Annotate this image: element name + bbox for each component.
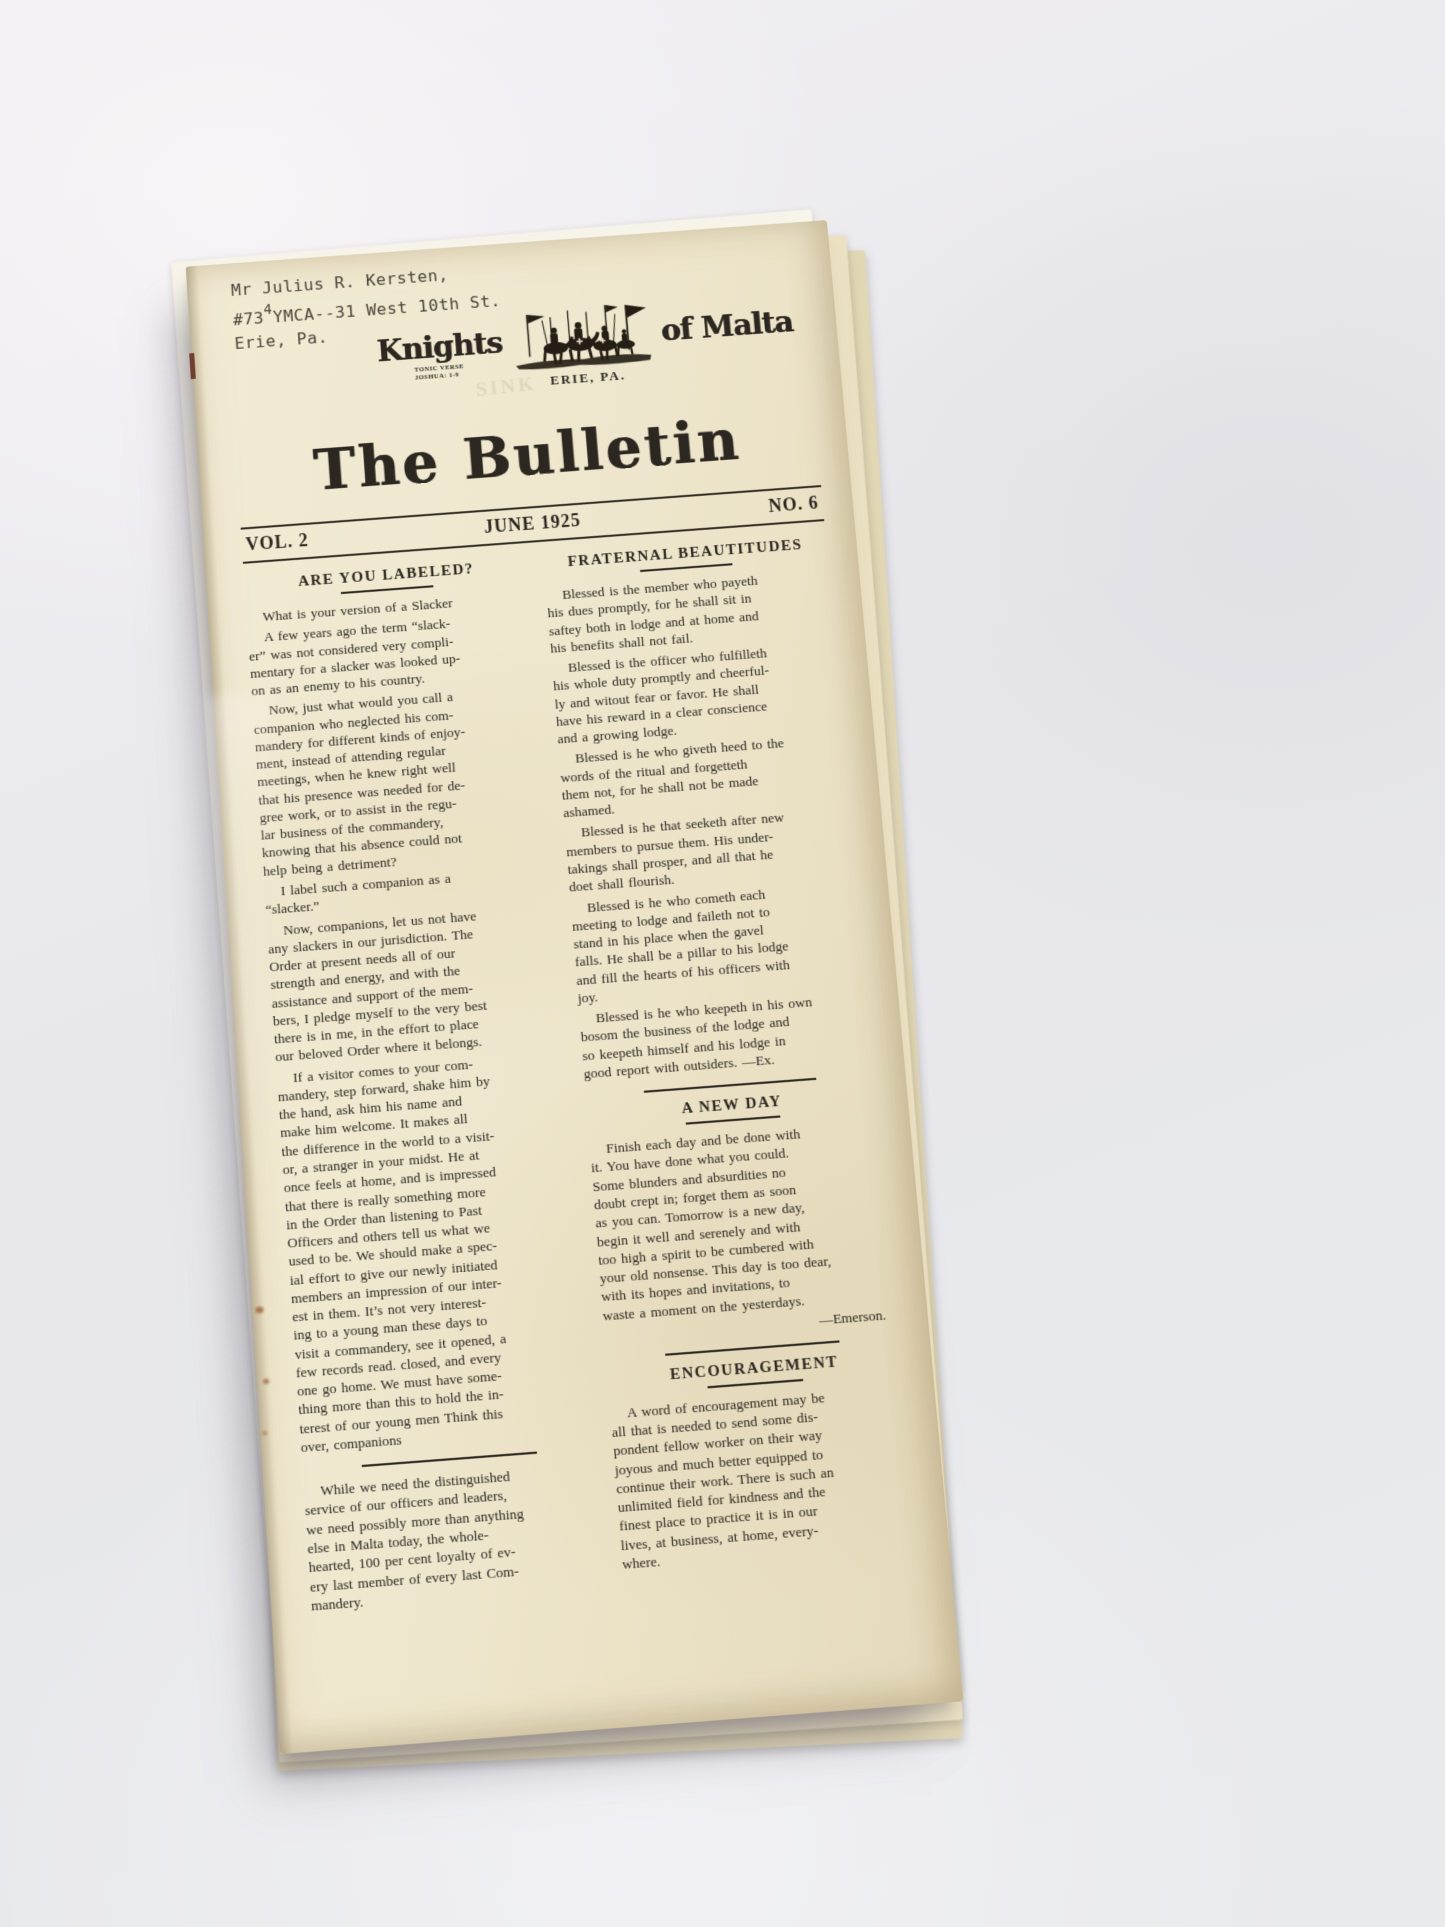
masthead-of-malta-text: of Malta (659, 304, 794, 348)
knights-on-horseback-illustration (500, 300, 662, 375)
article-columns: ARE YOU LABELED? What is your version of… (244, 533, 920, 1618)
issue-number: NO. 6 (644, 492, 819, 526)
section-divider (644, 1078, 816, 1093)
photo-backdrop: Mr Julius R. Kersten, #734YMCA--31 West … (0, 0, 1445, 1927)
article-paragraph: Now, just what would you call a companio… (252, 682, 550, 880)
article-paragraph: While we need the distinguished service … (303, 1460, 607, 1615)
right-column: FRATERNAL BEAUTITUDES Blessed is the mem… (543, 533, 920, 1594)
article-paragraph: Blessed is he who cometh each meeting to… (570, 878, 867, 1007)
section-divider (665, 1340, 839, 1355)
newsletter-booklet: Mr Julius R. Kersten, #734YMCA--31 West … (186, 220, 964, 1754)
newsletter-front-page: Mr Julius R. Kersten, #734YMCA--31 West … (186, 220, 964, 1754)
section-divider (362, 1452, 537, 1468)
newsletter-title: The Bulletin (235, 405, 819, 506)
article-paragraph: Blessed is the officer who fulfilleth hi… (551, 639, 843, 748)
article-paragraph: A word of encouragement may be all that … (610, 1382, 918, 1574)
masthead-knights-text: Knights (376, 325, 504, 369)
article-paragraph: Now, companions, let us not have any sla… (266, 901, 565, 1067)
issue-volume: VOL. 2 (245, 522, 420, 556)
masthead-area: Mr Julius R. Kersten, #734YMCA--31 West … (224, 236, 821, 528)
article-paragraph: If a visitor comes to your com- mandery,… (276, 1048, 595, 1457)
article-paragraph: Finish each day and be done with it. You… (589, 1119, 895, 1325)
